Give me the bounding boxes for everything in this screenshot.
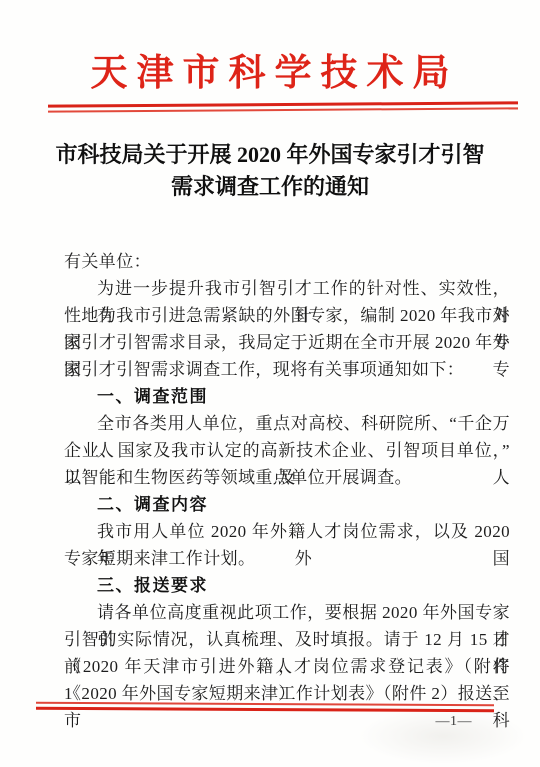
salutation: 有关单位：	[64, 248, 510, 275]
document-title: 市科技局关于开展 2020 年外国专家引才引智 需求调查工作的通知	[30, 139, 510, 203]
letterhead-divider-thin	[48, 107, 518, 112]
body-line: 引智的实际情况，认真梳理、及时填报。请于 12 月 15 日前，将	[64, 626, 510, 653]
body-line: 《2020 年天津市引进外籍人才岗位需求登记表》（附件 1）、	[64, 653, 510, 680]
document-title-line2: 需求调查工作的通知	[30, 171, 510, 203]
letterhead-divider-thick	[48, 101, 518, 107]
body-line: 为进一步提升我市引智引才工作的针对性、实效性，有针对	[64, 275, 510, 302]
section-heading-2: 二、调查内容	[64, 491, 510, 518]
body-line: 性地为我市引进急需紧缺的外国专家，编制 2020 年我市外国专	[64, 302, 510, 329]
body-line: 请各单位高度重视此项工作，要根据 2020 年外国专家引才	[64, 599, 510, 626]
body-line: 家引才引智需求调查工作，现将有关事项通知如下：	[64, 356, 510, 383]
body-line: 家引才引智需求目录，我局定于近期在全市开展 2020 年外国专	[64, 329, 510, 356]
section-heading-3: 三、报送要求	[64, 572, 510, 599]
letterhead-org-name: 天津市科学技术局	[0, 50, 540, 98]
document-body: 有关单位： 为进一步提升我市引智引才工作的针对性、实效性，有针对 性地为我市引进…	[64, 248, 510, 707]
body-line: 全市各类用人单位，重点对高校、科研院所、“千企万人”	[64, 410, 510, 437]
body-line: 企业、国家及我市认定的高新技术企业、引智项目单位，以及人	[64, 437, 510, 464]
document-title-line1: 市科技局关于开展 2020 年外国专家引才引智	[30, 139, 510, 171]
body-line: 我市用人单位 2020 年外籍人才岗位需求，以及 2020 年外国	[64, 518, 510, 545]
document-page: 天津市科学技术局 市科技局关于开展 2020 年外国专家引才引智 需求调查工作的…	[0, 0, 540, 767]
page-number: —1—	[436, 714, 473, 730]
section-heading-1: 一、调查范围	[64, 383, 510, 410]
